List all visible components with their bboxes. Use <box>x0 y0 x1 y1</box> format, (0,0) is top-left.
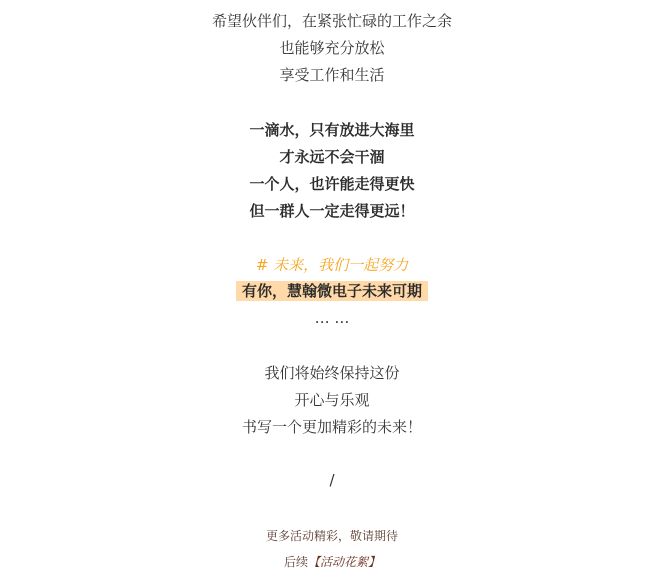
footer-prefix: 后续 <box>284 555 308 569</box>
highlighted-slogan: 有你，慧翰微电子未来可期 <box>236 281 428 301</box>
hashtag-heading: # 未来，我们一起努力 <box>0 254 664 275</box>
text-line: 书写一个更加精彩的未来！ <box>0 416 664 437</box>
footer-tag: 【活动花絮】 <box>308 555 380 569</box>
bold-text-line: 才永远不会干涸 <box>0 146 664 167</box>
bold-text-line: 一个人，也许能走得更快 <box>0 173 664 194</box>
ellipsis: … … <box>0 309 664 327</box>
text-line: 希望伙伴们，在紧张忙碌的工作之余 <box>0 10 664 31</box>
footer-line-1: 更多活动精彩，敬请期待 <box>0 527 664 544</box>
highlight-wrapper: 有你，慧翰微电子未来可期 <box>0 281 664 301</box>
text-line: 我们将始终保持这份 <box>0 362 664 383</box>
bold-text-line: 但一群人一定走得更远！ <box>0 200 664 221</box>
text-line: 享受工作和生活 <box>0 64 664 85</box>
divider-slash: / <box>0 471 664 489</box>
text-line: 开心与乐观 <box>0 389 664 410</box>
text-line: 也能够充分放松 <box>0 37 664 58</box>
bold-text-line: 一滴水，只有放进大海里 <box>0 119 664 140</box>
footer-line-2: 后续【活动花絮】 <box>0 553 664 570</box>
